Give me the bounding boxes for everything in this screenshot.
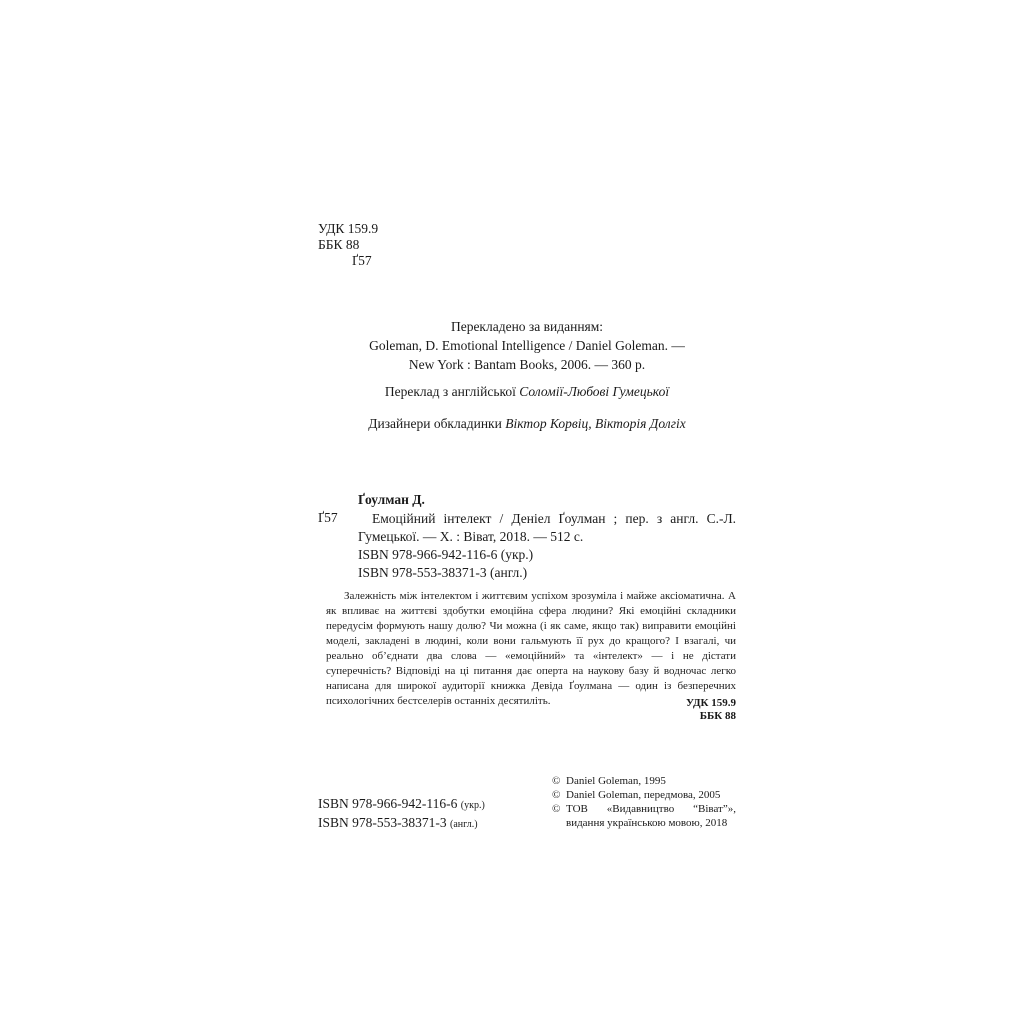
bottom-udk: УДК 159.9 bbox=[600, 697, 736, 710]
original-edition-line1: Goleman, D. Emotional Intelligence / Dan… bbox=[318, 336, 736, 355]
original-edition-line2: New York : Bantam Books, 2006. — 360 p. bbox=[318, 355, 736, 374]
catalog-mark: Ґ57 bbox=[318, 510, 338, 526]
catalog-author: Ґоулман Д. bbox=[358, 492, 425, 508]
translation-credit: Переклад з англійської Соломії-Любові Гу… bbox=[318, 384, 736, 400]
isbn-english: ISBN 978-553-38371-3 (англ.) bbox=[358, 564, 533, 582]
translation-prefix: Переклад з англійської bbox=[385, 384, 519, 399]
copyright-block: © Daniel Goleman, 1995 © Daniel Goleman,… bbox=[552, 774, 736, 830]
designers-prefix: Дизайнери обкладинки bbox=[368, 416, 505, 431]
copyright-icon: © bbox=[552, 788, 566, 802]
copyright-icon: © bbox=[552, 802, 566, 830]
designers-credit: Дизайнери обкладинки Віктор Корвіц, Вікт… bbox=[318, 416, 736, 432]
catalog-description: Емоційний інтелект / Деніел Ґоулман ; пе… bbox=[358, 510, 736, 546]
catalog-isbn: ISBN 978-966-942-116-6 (укр.) ISBN 978-5… bbox=[358, 546, 533, 582]
copyright-line: © Daniel Goleman, 1995 bbox=[552, 774, 736, 788]
catalog-description-text: Емоційний інтелект / Деніел Ґоулман ; пе… bbox=[358, 511, 736, 544]
copyright-icon: © bbox=[552, 774, 566, 788]
bottom-bbk: ББК 88 bbox=[600, 710, 736, 723]
translator-name: Соломії-Любові Гумецької bbox=[519, 384, 669, 399]
bottom-classification: УДК 159.9 ББК 88 bbox=[600, 697, 736, 723]
bottom-isbn: ISBN 978-966-942-116-6 (укр.) ISBN 978-5… bbox=[318, 795, 485, 833]
author-mark: Ґ57 bbox=[318, 253, 378, 269]
bottom-isbn-english: ISBN 978-553-38371-3 (англ.) bbox=[318, 814, 485, 833]
designers-names: Віктор Корвіц, Вікторія Долгіх bbox=[505, 416, 686, 431]
bbk-code: ББК 88 bbox=[318, 237, 378, 253]
annotation-text: Залежність між інтелектом і життєвим усп… bbox=[326, 589, 736, 709]
copyright-line: © ТОВ «Видавництво “Віват”», видання укр… bbox=[552, 802, 736, 830]
bottom-isbn-ukrainian: ISBN 978-966-942-116-6 (укр.) bbox=[318, 795, 485, 814]
copyright-line: © Daniel Goleman, передмова, 2005 bbox=[552, 788, 736, 802]
isbn-ukrainian: ISBN 978-966-942-116-6 (укр.) bbox=[358, 546, 533, 564]
udk-code: УДК 159.9 bbox=[318, 221, 378, 237]
annotation: Залежність між інтелектом і життєвим усп… bbox=[326, 589, 736, 709]
classification-block: УДК 159.9 ББК 88 Ґ57 bbox=[318, 221, 378, 269]
original-edition: Перекладено за виданням: Goleman, D. Emo… bbox=[318, 317, 736, 374]
original-edition-label: Перекладено за виданням: bbox=[318, 317, 736, 336]
